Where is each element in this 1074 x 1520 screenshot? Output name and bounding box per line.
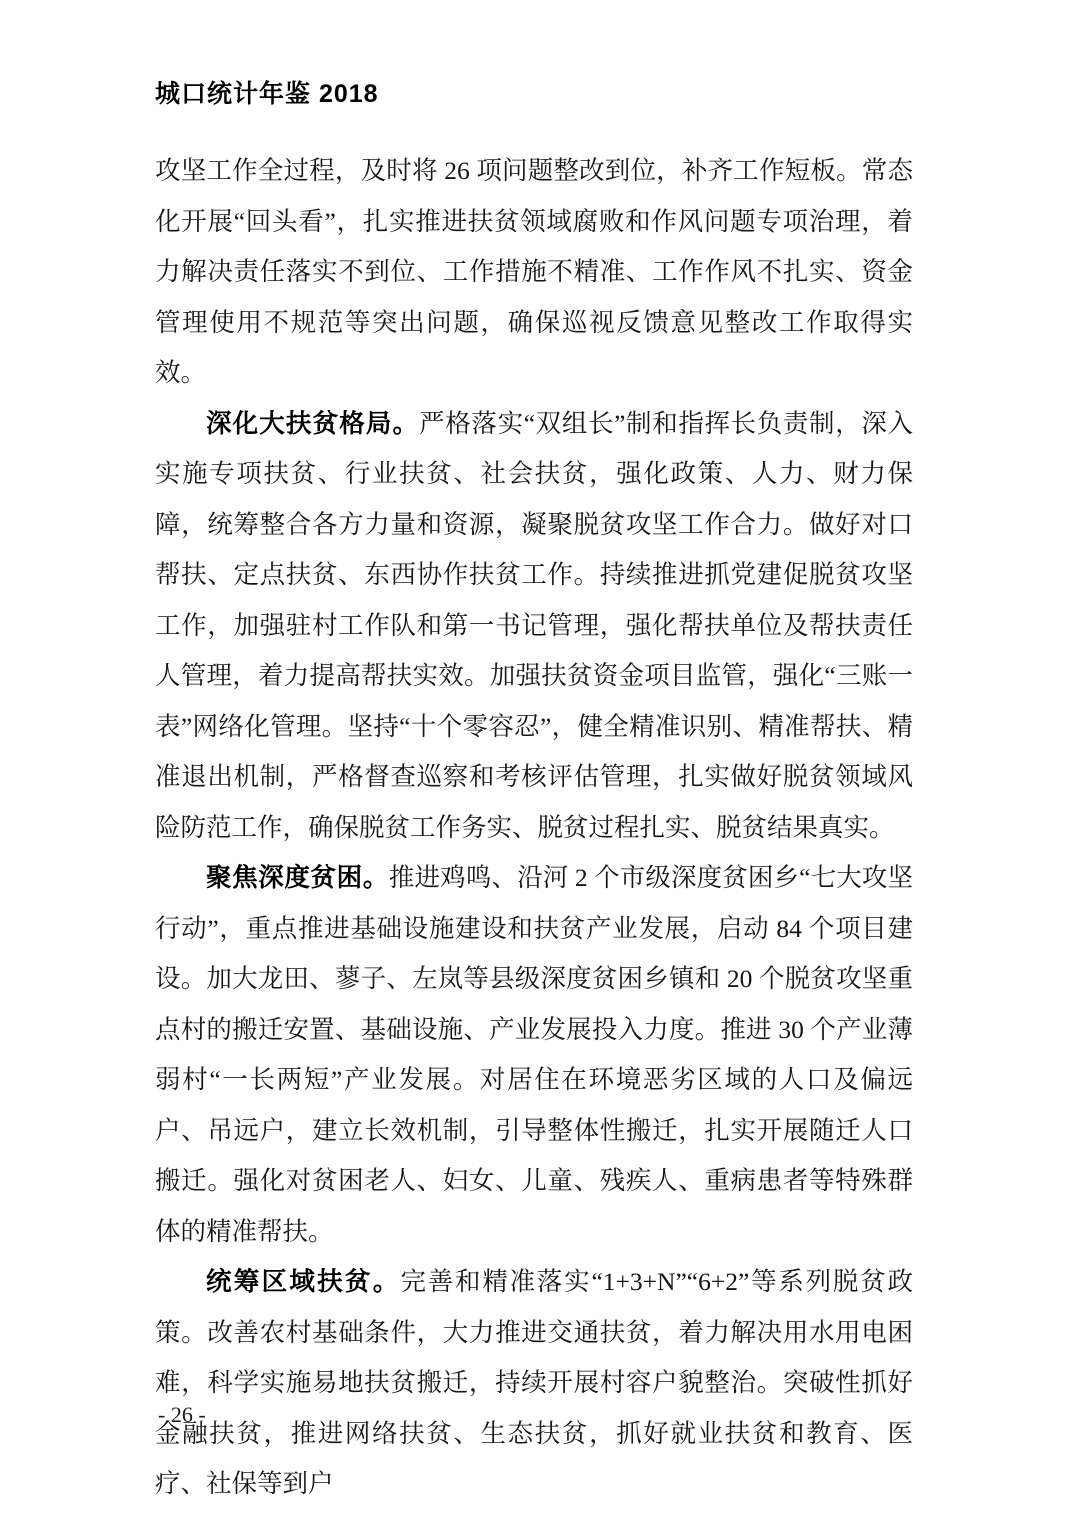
paragraph-lead: 统筹区域扶贫。 bbox=[206, 1267, 400, 1296]
page-number: - 26 - bbox=[158, 1402, 206, 1428]
document-body: 攻坚工作全过程，及时将 26 项问题整改到位，补齐工作短板。常态化开展“回头看”… bbox=[155, 146, 913, 1510]
paragraph-lead: 深化大扶贫格局。 bbox=[206, 409, 419, 438]
document-page: 城口统计年鉴 2018 攻坚工作全过程，及时将 26 项问题整改到位，补齐工作短… bbox=[0, 0, 1074, 1520]
paragraph-text: 攻坚工作全过程，及时将 26 项问题整改到位，补齐工作短板。常态化开展“回头看”… bbox=[155, 156, 913, 387]
page-header-title: 城口统计年鉴 2018 bbox=[155, 80, 379, 108]
paragraph-lead: 聚焦深度贫困。 bbox=[206, 863, 389, 892]
paragraph-text: 完善和精准落实“1+3+N”“6+2”等系列脱贫政策。改善农村基础条件，大力推进… bbox=[155, 1267, 913, 1498]
paragraph-text: 严格落实“双组长”制和指挥长负责制，深入实施专项扶贫、行业扶贫、社会扶贫，强化政… bbox=[155, 409, 913, 842]
paragraph-continuation: 攻坚工作全过程，及时将 26 项问题整改到位，补齐工作短板。常态化开展“回头看”… bbox=[155, 146, 913, 399]
paragraph-focus-deep-poverty: 聚焦深度贫困。推进鸡鸣、沿河 2 个市级深度贫困乡“七大攻坚行动”，重点推进基础… bbox=[155, 853, 913, 1257]
paragraph-regional-poverty-coordination: 统筹区域扶贫。完善和精准落实“1+3+N”“6+2”等系列脱贫政策。改善农村基础… bbox=[155, 1257, 913, 1510]
paragraph-text: 推进鸡鸣、沿河 2 个市级深度贫困乡“七大攻坚行动”，重点推进基础设施建设和扶贫… bbox=[155, 863, 913, 1246]
paragraph-deepen-poverty-alleviation: 深化大扶贫格局。严格落实“双组长”制和指挥长负责制，深入实施专项扶贫、行业扶贫、… bbox=[155, 399, 913, 854]
